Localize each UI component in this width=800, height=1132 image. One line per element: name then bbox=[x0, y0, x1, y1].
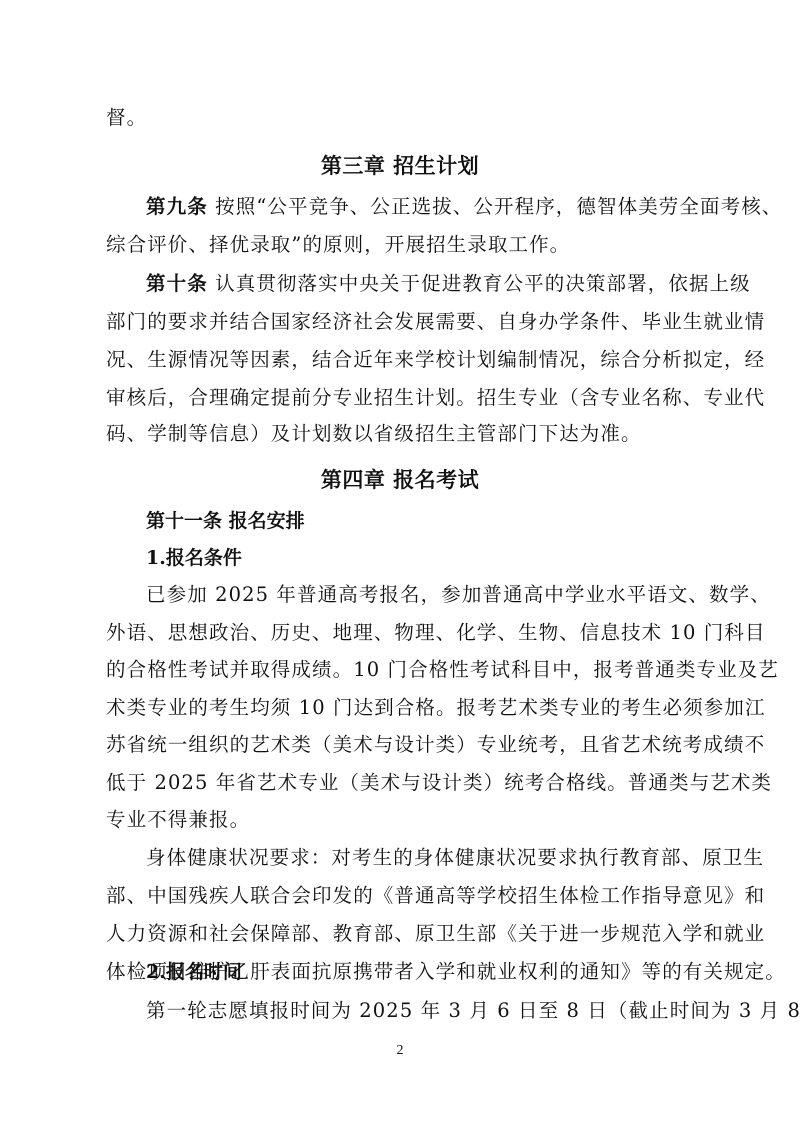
document-page: 督。 第三章 招生计划 第九条 按照“公平竞争、公正选拔、公开程序，德智体美劳全… bbox=[0, 0, 800, 1132]
health-line-3: 人力资源和社会保障部、教育部、原卫生部《关于进一步规范入学和就业 bbox=[106, 922, 706, 946]
article-10-label: 第十条 bbox=[146, 272, 208, 295]
carryover-text: 督。 bbox=[106, 106, 706, 130]
article-9-line-2: 综合评价、择优录取”的原则，开展招生录取工作。 bbox=[106, 233, 706, 257]
article-10-line-5: 码、学制等信息）及计划数以省级招生主管部门下达为准。 bbox=[106, 422, 706, 446]
section-2-line-1: 第一轮志愿填报时间为 2025 年 3 月 6 日至 8 日（截止时间为 3 月… bbox=[146, 999, 706, 1023]
article-10-text: 认真贯彻落实中央关于促进教育公平的决策部署，依据上级 bbox=[215, 272, 751, 295]
section-1-line-5: 苏省统一组织的艺术类（美术与设计类）专业统考，且省艺术统考成绩不 bbox=[106, 733, 706, 757]
article-9-text: 按照“公平竞争、公正选拔、公开程序，德智体美劳全面考核、 bbox=[215, 195, 782, 218]
section-1-line-3: 的合格性考试并取得成绩。10 门合格性考试科目中，报考普通类专业及艺 bbox=[106, 658, 706, 682]
article-10-line-1: 第十条 认真贯彻落实中央关于促进教育公平的决策部署，依据上级 bbox=[146, 272, 706, 296]
article-10-line-4: 审核后，合理确定提前分专业招生计划。招生专业（含专业名称、专业代 bbox=[106, 386, 706, 410]
chapter-4-title: 第四章 报名考试 bbox=[0, 464, 800, 494]
section-1-line-4: 术类专业的考生均须 10 门达到合格。报考艺术类专业的考生必须参加江 bbox=[106, 696, 706, 720]
article-10-line-3: 况、生源情况等因素，结合近年来学校计划编制情况，综合分析拟定，经 bbox=[106, 348, 706, 372]
chapter-3-title: 第三章 招生计划 bbox=[0, 150, 800, 180]
health-line-2: 部、中国残疾人联合会印发的《普通高等学校招生体检工作指导意见》和 bbox=[106, 884, 706, 908]
article-9-line-1: 第九条 按照“公平竞争、公正选拔、公开程序，德智体美劳全面考核、 bbox=[146, 195, 706, 219]
article-10-line-2: 部门的要求并结合国家经济社会发展需要、自身办学条件、毕业生就业情 bbox=[106, 310, 706, 334]
section-1-line-7: 专业不得兼报。 bbox=[106, 808, 706, 832]
section-1-line-2: 外语、思想政治、历史、地理、物理、化学、生物、信息技术 10 门科目 bbox=[106, 621, 706, 645]
article-11-title: 第十一条 报名安排 bbox=[146, 509, 305, 533]
page-number: 2 bbox=[0, 1043, 800, 1059]
section-1-line-6: 低于 2025 年省艺术专业（美术与设计类）统考合格线。普通类与艺术类 bbox=[106, 771, 706, 795]
section-2-title: 2.报名时间 bbox=[146, 960, 242, 984]
article-9-label: 第九条 bbox=[146, 195, 208, 218]
section-1-line-1: 已参加 2025 年普通高考报名，参加普通高中学业水平语文、数学、 bbox=[146, 583, 706, 607]
section-1-title: 1.报名条件 bbox=[146, 546, 242, 570]
health-line-1: 身体健康状况要求：对考生的身体健康状况要求执行教育部、原卫生 bbox=[146, 846, 706, 870]
